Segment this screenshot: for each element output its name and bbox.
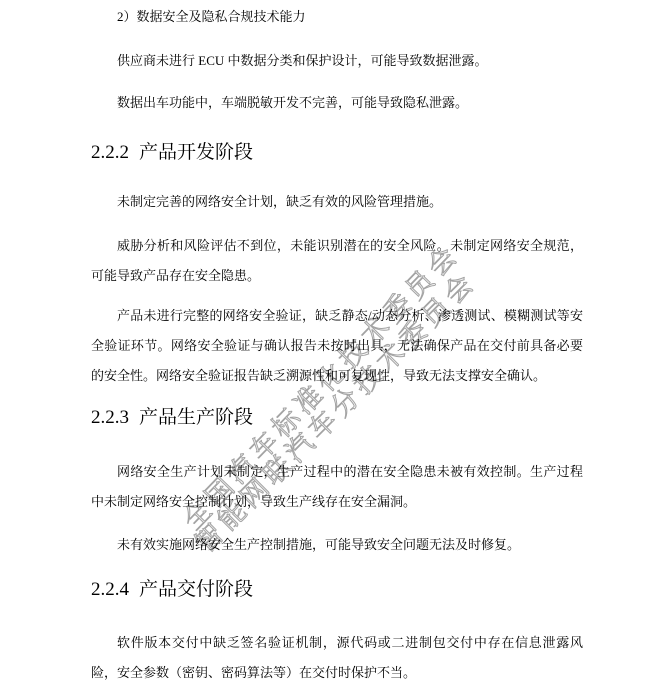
body-paragraph: 未有效实施网络安全生产控制措施，可能导致安全问题无法及时修复。 [91,530,583,560]
section-heading-2-2-2: 2.2.2产品开发阶段 [91,140,583,166]
section-title: 产品生产阶段 [139,407,253,428]
section-number: 2.2.4 [91,579,129,600]
body-paragraph: 供应商未进行 ECU 中数据分类和保护设计，可能导致数据泄露。 [91,46,583,76]
document-page: 全国汽车标准化技术委员会 智能网联汽车分技术委员会 2）数据安全及隐私合规技术能… [0,0,668,685]
section-number: 2.2.2 [91,142,129,163]
section-heading-2-2-3: 2.2.3产品生产阶段 [91,405,583,431]
body-paragraph: 数据出车功能中，车端脱敏开发不完善，可能导致隐私泄露。 [91,88,583,118]
numbered-list-item: 2）数据安全及隐私合规技术能力 [91,2,583,32]
section-title: 产品开发阶段 [139,142,253,163]
body-paragraph: 产品未进行完整的网络安全验证，缺乏静态/动态分析、渗透测试、模糊测试等安全验证环… [91,301,583,391]
body-paragraph: 威胁分析和风险评估不到位，未能识别潜在的安全风险。未制定网络安全规范，可能导致产… [91,231,583,291]
document-content: 2）数据安全及隐私合规技术能力 供应商未进行 ECU 中数据分类和保护设计，可能… [0,0,668,685]
body-paragraph: 网络安全生产计划未制定，生产过程中的潜在安全隐患未被有效控制。生产过程中未制定网… [91,457,583,517]
section-heading-2-2-4: 2.2.4产品交付阶段 [91,577,583,603]
section-number: 2.2.3 [91,407,129,428]
body-paragraph: 未制定完善的网络安全计划，缺乏有效的风险管理措施。 [91,187,583,217]
section-title: 产品交付阶段 [139,579,253,600]
body-paragraph: 软件版本交付中缺乏签名验证机制，源代码或二进制包交付中存在信息泄露风险，安全参数… [91,628,583,685]
